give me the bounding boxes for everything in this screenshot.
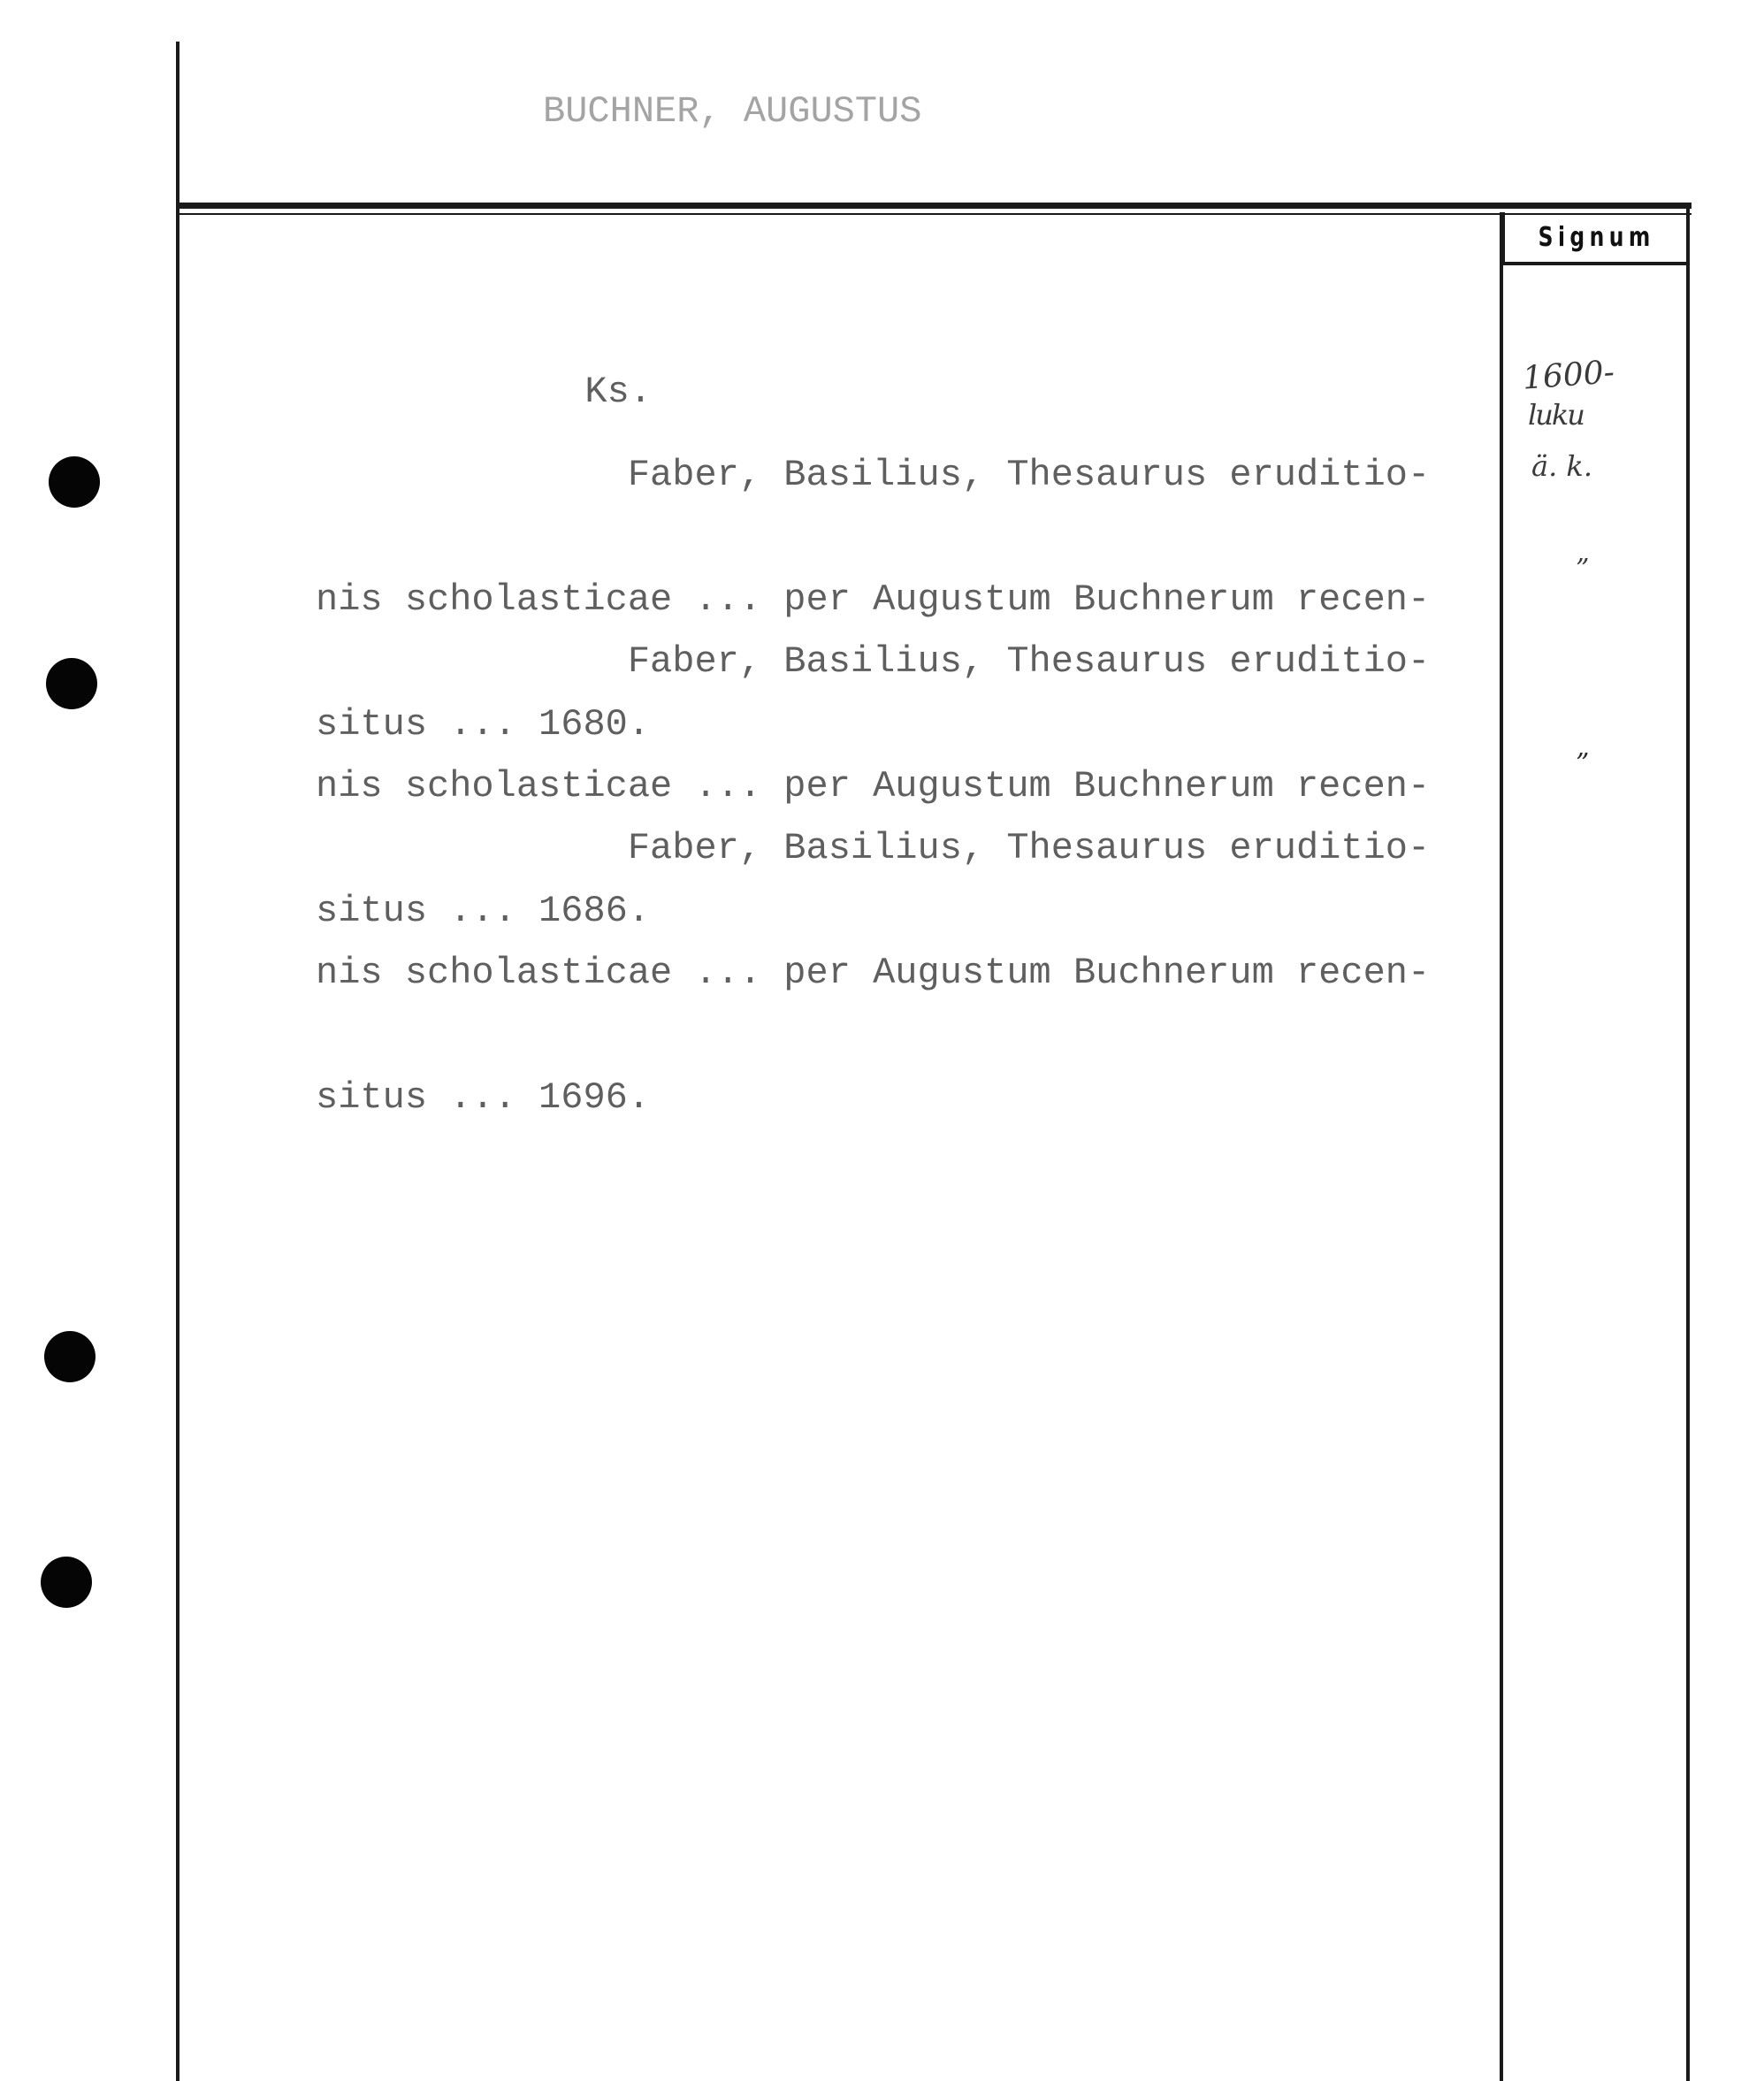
entry-3-line-2: nis scholasticae ... per Augustum Buchne… xyxy=(316,953,1430,994)
entry-3-line-3: situs ... 1696. xyxy=(316,1077,1430,1119)
entry-1-line-1: Faber, Basilius, Thesaurus eruditio- xyxy=(316,455,1430,496)
punch-hole-2 xyxy=(46,658,97,709)
punch-hole-4 xyxy=(41,1557,92,1608)
signum-ditto-mark-2: ” xyxy=(1576,554,1589,585)
card-left-border xyxy=(176,42,179,2081)
catalog-entry-3: Faber, Basilius, Thesaurus eruditio- nis… xyxy=(316,745,1430,1160)
punch-hole-3 xyxy=(44,1331,95,1382)
signum-header: Signum xyxy=(1501,212,1689,265)
card-top-thick-rule xyxy=(178,203,1691,209)
card-heading: BUCHNER, AUGUSTUS xyxy=(543,91,921,133)
signum-note-1-line-1: 1600- xyxy=(1522,354,1615,396)
signum-column-left-border xyxy=(1500,212,1503,2081)
card-top-thin-rule xyxy=(178,213,1691,215)
signum-note-1-line-3: ä. k. xyxy=(1531,449,1592,483)
entry-2-line-1: Faber, Basilius, Thesaurus eruditio- xyxy=(316,641,1430,683)
signum-ditto-mark-3: ” xyxy=(1576,748,1589,779)
signum-label: Signum xyxy=(1539,222,1655,253)
signum-note-1-line-2: luku xyxy=(1528,398,1584,432)
signum-column-right-border xyxy=(1686,203,1690,2081)
entry-3-line-1: Faber, Basilius, Thesaurus eruditio- xyxy=(316,828,1430,869)
punch-hole-1 xyxy=(49,456,100,508)
